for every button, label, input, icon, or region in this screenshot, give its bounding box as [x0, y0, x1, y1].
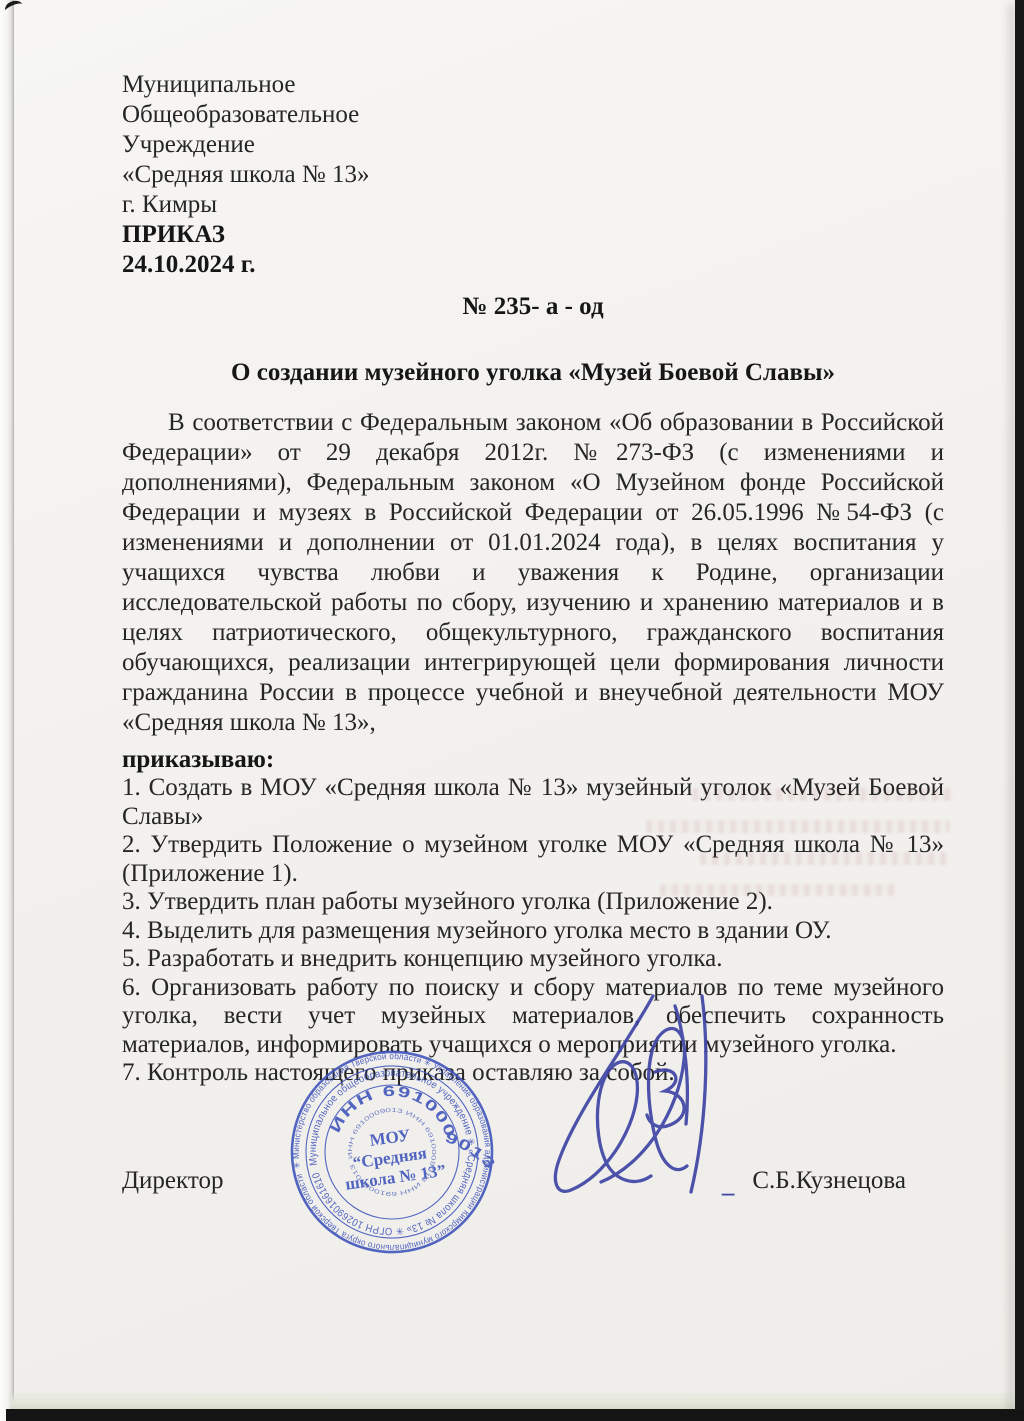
order-label: ПРИКАЗ [122, 220, 944, 250]
order-date: 24.10.2024 г. [122, 250, 944, 280]
scan-edge-right [1015, 0, 1024, 1421]
scanned-order-page: Муниципальное Общеобразовательное Учрежд… [0, 0, 1024, 1421]
signature-strokes [505, 992, 755, 1207]
order-item-3: 3. Утвердить план работы музейного уголк… [122, 888, 944, 917]
org-line: Муниципальное [122, 70, 944, 100]
organization-header: Муниципальное Общеобразовательное Учрежд… [122, 70, 944, 280]
org-line: Общеобразовательное [122, 100, 944, 130]
org-line: «Средняя школа № 13» [122, 160, 944, 190]
scan-edge-left [0, 0, 14, 1421]
document-title: О создании музейного уголка «Музей Боево… [122, 358, 944, 388]
resolve-word: приказываю: [122, 746, 944, 774]
handwritten-signature [505, 992, 755, 1207]
intro-paragraph: В соответствии с Федеральным законом «Об… [122, 408, 944, 738]
order-item-4: 4. Выделить для размещения музейного уго… [122, 917, 944, 946]
scan-edge-bottom [6, 1409, 1024, 1421]
director-name: С.Б.Кузнецова [752, 1166, 906, 1196]
order-number: № 235- а - од [122, 292, 944, 322]
order-item-2: 2. Утвердить Положение о музейном уголке… [122, 831, 944, 888]
order-item-5: 5. Разработать и внедрить концепцию музе… [122, 945, 944, 974]
scan-band-bottom [10, 1393, 1015, 1409]
org-line: Учреждение [122, 130, 944, 160]
org-line: г. Кимры [122, 190, 944, 220]
order-item-1: 1. Создать в МОУ «Средняя школа № 13» му… [122, 774, 944, 831]
director-label: Директор [122, 1166, 223, 1196]
official-stamp: ✳ Министерство образования Тверской обла… [269, 1029, 515, 1275]
stamp-graphic: ✳ Министерство образования Тверской обла… [269, 1029, 515, 1275]
